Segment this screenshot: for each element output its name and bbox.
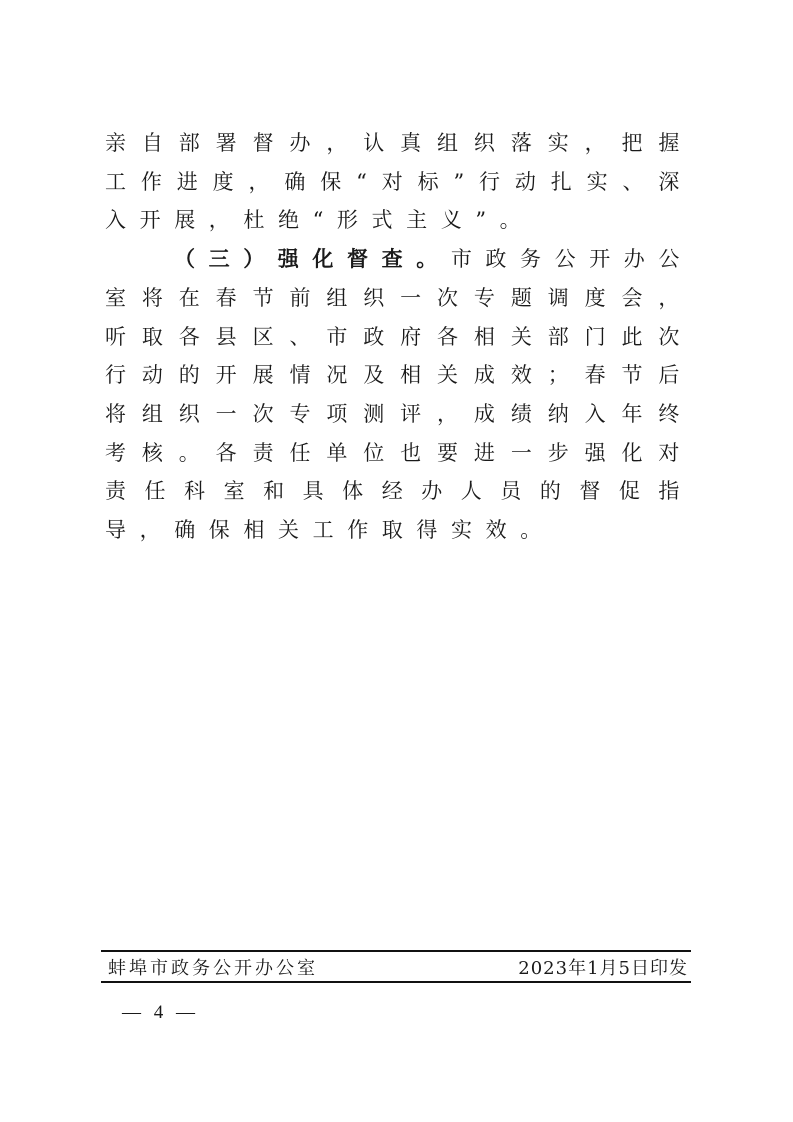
paragraph-text: 亲自部署督办，认真组织落实，把握工作进度，确保“对标”行动扎实、深入开展，杜绝“… — [105, 131, 693, 232]
section-heading: （三）强化督查。 — [174, 246, 451, 271]
imprint-row: 蚌埠市政务公开办公室 2023年1月5日印发 — [101, 952, 691, 981]
paragraph-continuation: 亲自部署督办，认真组织落实，把握工作进度，确保“对标”行动扎实、深入开展，杜绝“… — [105, 124, 693, 240]
document-page: 亲自部署督办，认真组织落实，把握工作进度，确保“对标”行动扎实、深入开展，杜绝“… — [0, 0, 793, 1122]
page-number: — 4 — — [122, 1002, 199, 1024]
paragraph-supervision: （三）强化督查。市政务公开办公室将在春节前组织一次专题调度会，听取各县区、市政府… — [105, 240, 693, 550]
footer-bottom-rule — [101, 981, 691, 983]
paragraph-text: 市政务公开办公室将在春节前组织一次专题调度会，听取各县区、市政府各相关部门此次行… — [105, 247, 693, 542]
print-date: 2023年1月5日印发 — [518, 954, 691, 980]
issuing-office: 蚌埠市政务公开办公室 — [101, 954, 318, 980]
document-body: 亲自部署督办，认真组织落实，把握工作进度，确保“对标”行动扎实、深入开展，杜绝“… — [105, 124, 693, 550]
